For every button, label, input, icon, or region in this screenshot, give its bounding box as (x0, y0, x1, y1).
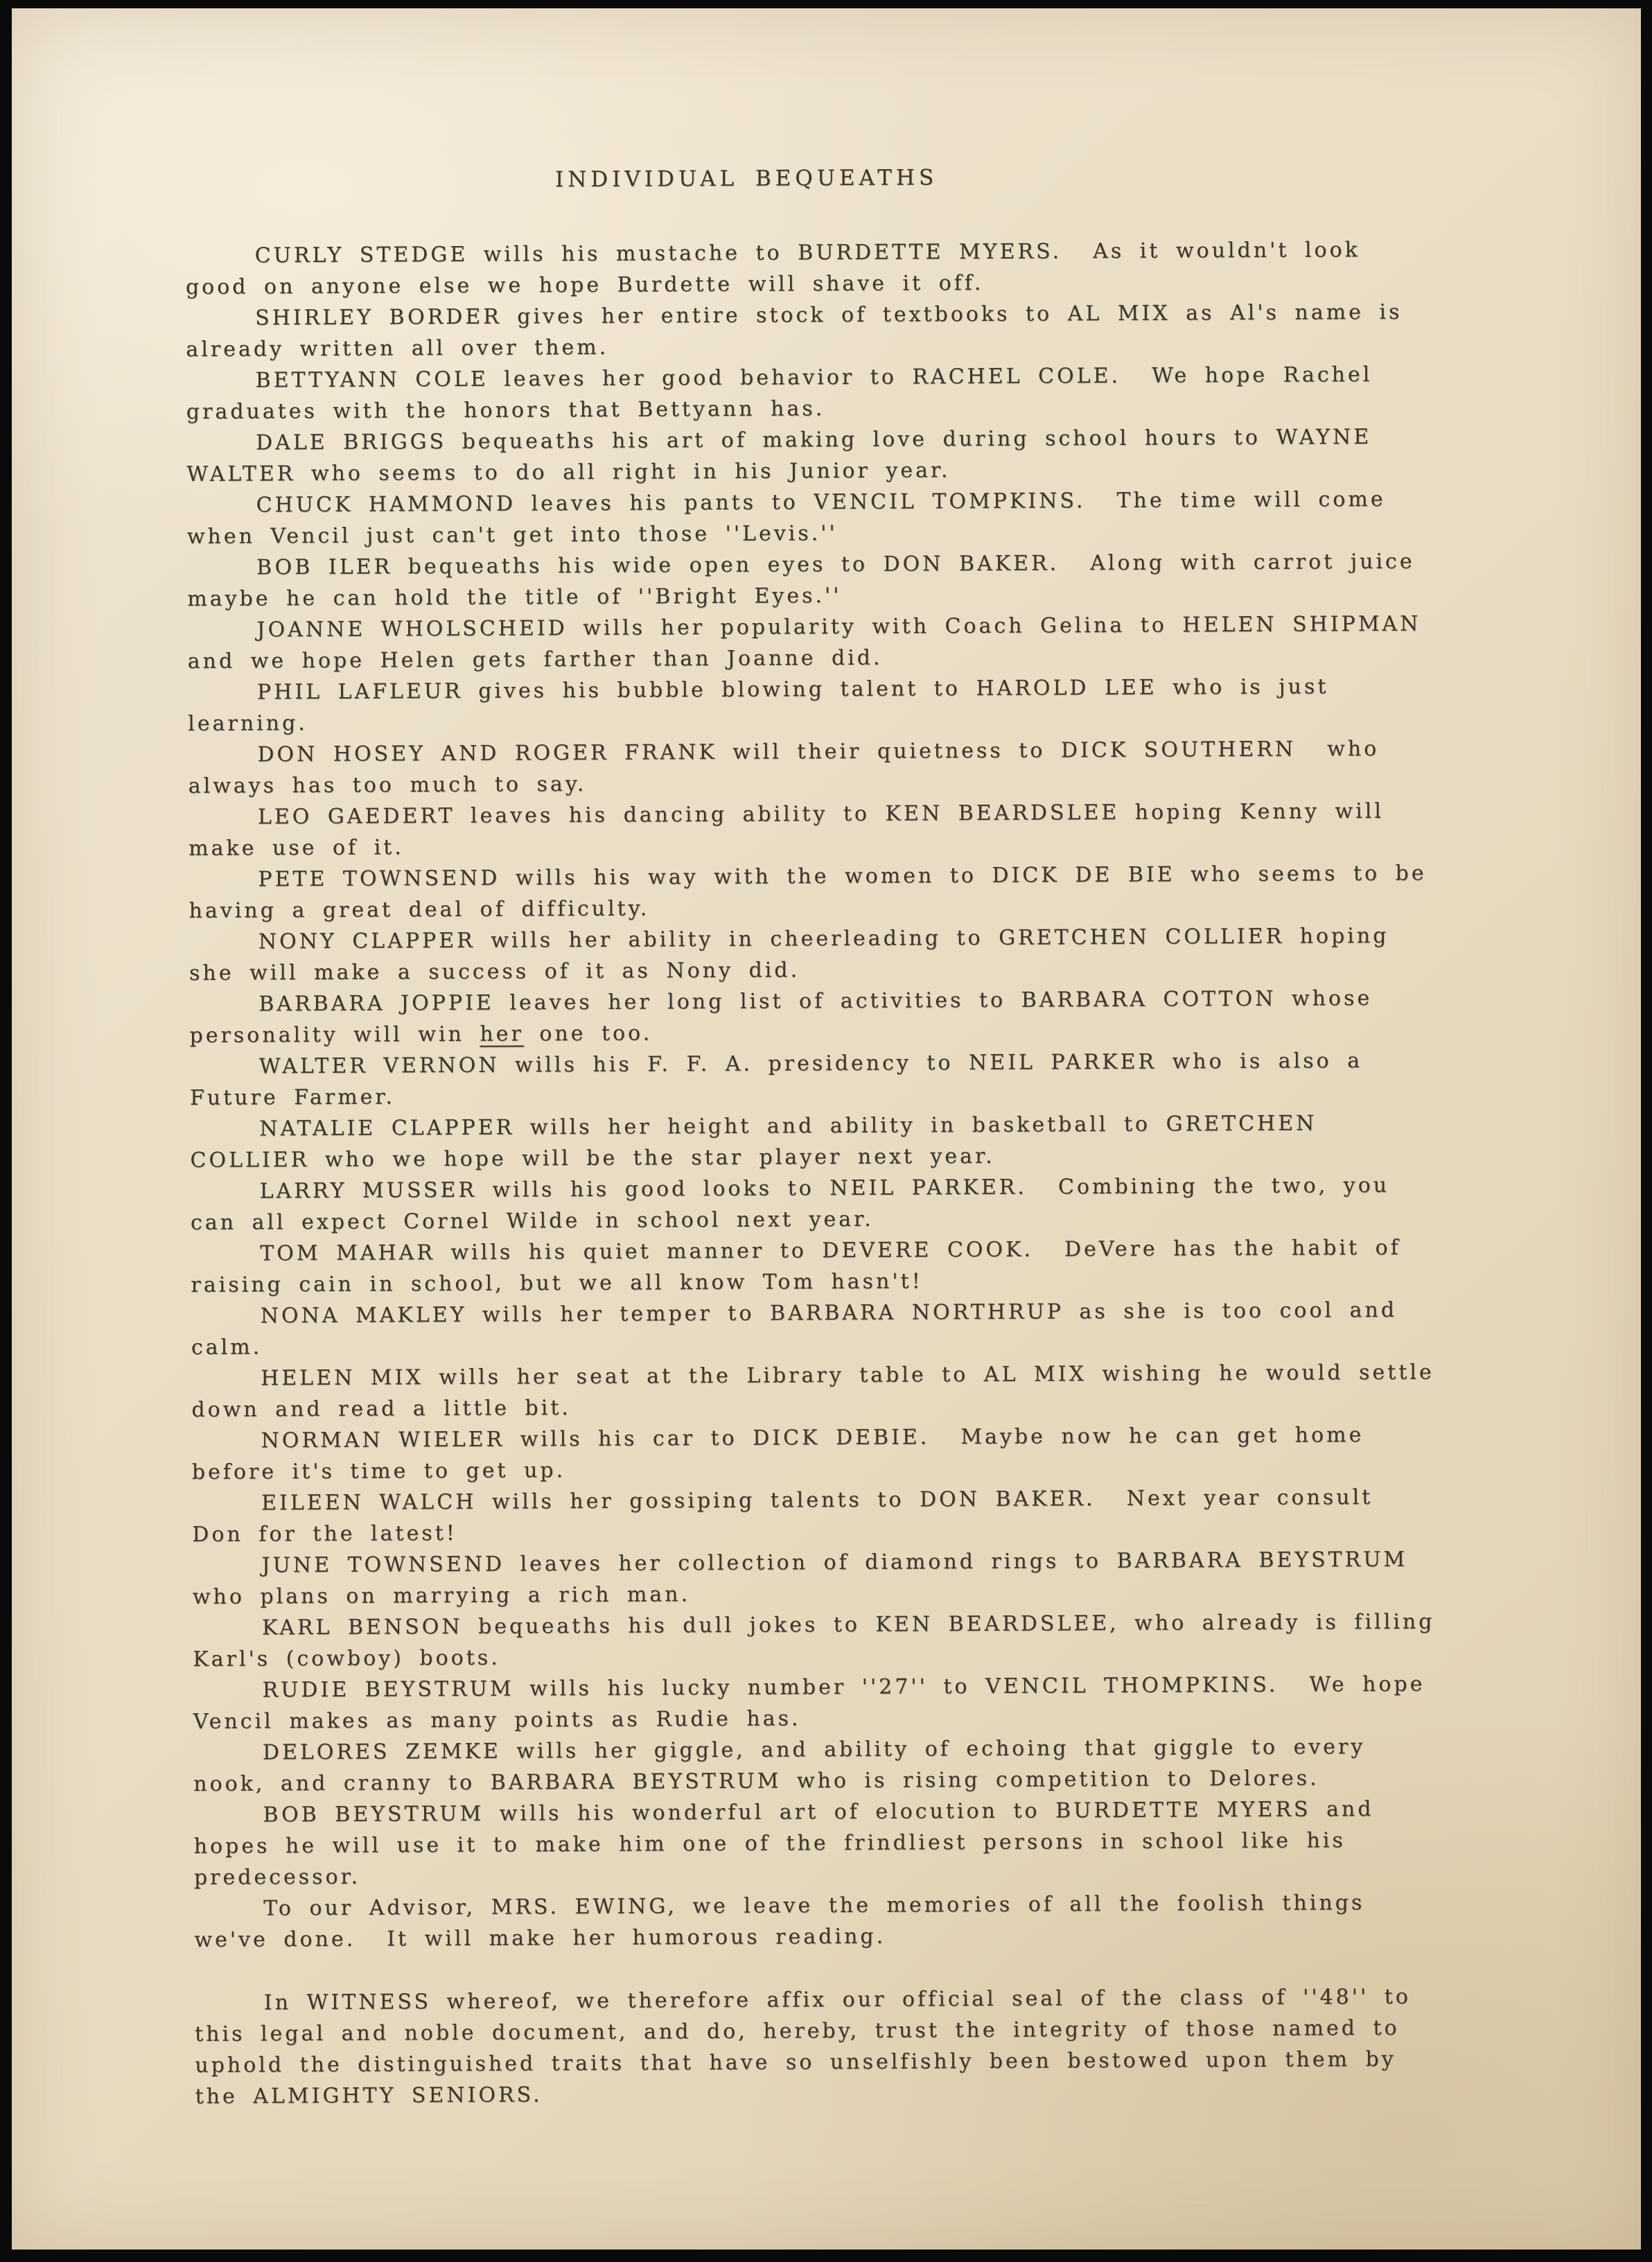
closing-paragraph: In WITNESS whereof, we therefore affix o… (195, 1981, 1443, 2112)
bequeath-paragraph: JOANNE WHOLSCHEID wills her popularity w… (187, 608, 1434, 677)
bequeath-paragraph: BARBARA JOPPIE leaves her long list of a… (189, 983, 1436, 1051)
bequeath-paragraph: HELEN MIX wills her seat at the Library … (191, 1357, 1439, 1426)
bequeath-paragraph: CURLY STEDGE wills his mustache to BURDE… (186, 234, 1433, 303)
bequeath-paragraph: NONA MAKLEY wills her temper to BARBARA … (191, 1295, 1439, 1363)
bequeath-paragraph: JUNE TOWNSEND leaves her collection of d… (192, 1544, 1439, 1613)
bequeath-paragraph: BOB BEYSTRUM wills his wonderful art of … (193, 1794, 1441, 1893)
bequeath-paragraph: BETTYANN COLE leaves her good behavior t… (186, 359, 1434, 428)
bequeath-paragraph: BOB ILER bequeaths his wide open eyes to… (187, 546, 1434, 615)
bequeath-paragraph: NORMAN WIELER wills his car to DICK DEBI… (192, 1419, 1439, 1488)
bequeath-paragraph: CHUCK HAMMOND leaves his pants to VENCIL… (186, 484, 1434, 552)
bequeath-paragraph: To our Advisor, MRS. EWING, we leave the… (194, 1887, 1441, 1956)
bequeath-paragraph: DON HOSEY AND ROGER FRANK will their qui… (188, 733, 1435, 802)
scanned-yearbook-page: INDIVIDUAL BEQUEATHS CURLY STEDGE wills … (0, 0, 1652, 2262)
bequeath-paragraph: LARRY MUSSER wills his good looks to NEI… (191, 1170, 1438, 1238)
bequeath-paragraph: DELORES ZEMKE wills her giggle, and abil… (193, 1731, 1441, 1800)
bequeath-paragraph: KARL BENSON bequeaths his dull jokes to … (193, 1606, 1440, 1675)
paper-sheet: INDIVIDUAL BEQUEATHS CURLY STEDGE wills … (12, 8, 1641, 2250)
bequeath-paragraph: PETE TOWNSEND wills his way with the wom… (188, 858, 1436, 927)
page-content: INDIVIDUAL BEQUEATHS CURLY STEDGE wills … (185, 160, 1443, 2112)
bequeath-paragraph: DALE BRIGGS bequeaths his art of making … (186, 421, 1434, 490)
bequeath-paragraph: SHIRLEY BORDER gives her entire stock of… (186, 297, 1433, 365)
bequeath-paragraph: NONY CLAPPER wills her ability in cheerl… (189, 920, 1436, 989)
bequeath-paragraph: EILEEN WALCH wills her gossiping talents… (192, 1482, 1439, 1550)
bequeath-paragraph: PHIL LAFLEUR gives his bubble blowing ta… (188, 671, 1435, 739)
bequeath-paragraph: NATALIE CLAPPER wills her height and abi… (190, 1107, 1437, 1176)
paragraph-list: CURLY STEDGE wills his mustache to BURDE… (186, 234, 1442, 1956)
bequeath-paragraph: LEO GAEDERT leaves his dancing ability t… (188, 796, 1436, 864)
bequeath-paragraph: TOM MAHAR wills his quiet manner to DEVE… (191, 1232, 1438, 1301)
page-title: INDIVIDUAL BEQUEATHS (185, 161, 1308, 198)
bequeath-paragraph: RUDIE BEYSTRUM wills his lucky number ''… (193, 1669, 1440, 1737)
bequeath-paragraph: WALTER VERNON wills his F. F. A. preside… (190, 1045, 1437, 1114)
